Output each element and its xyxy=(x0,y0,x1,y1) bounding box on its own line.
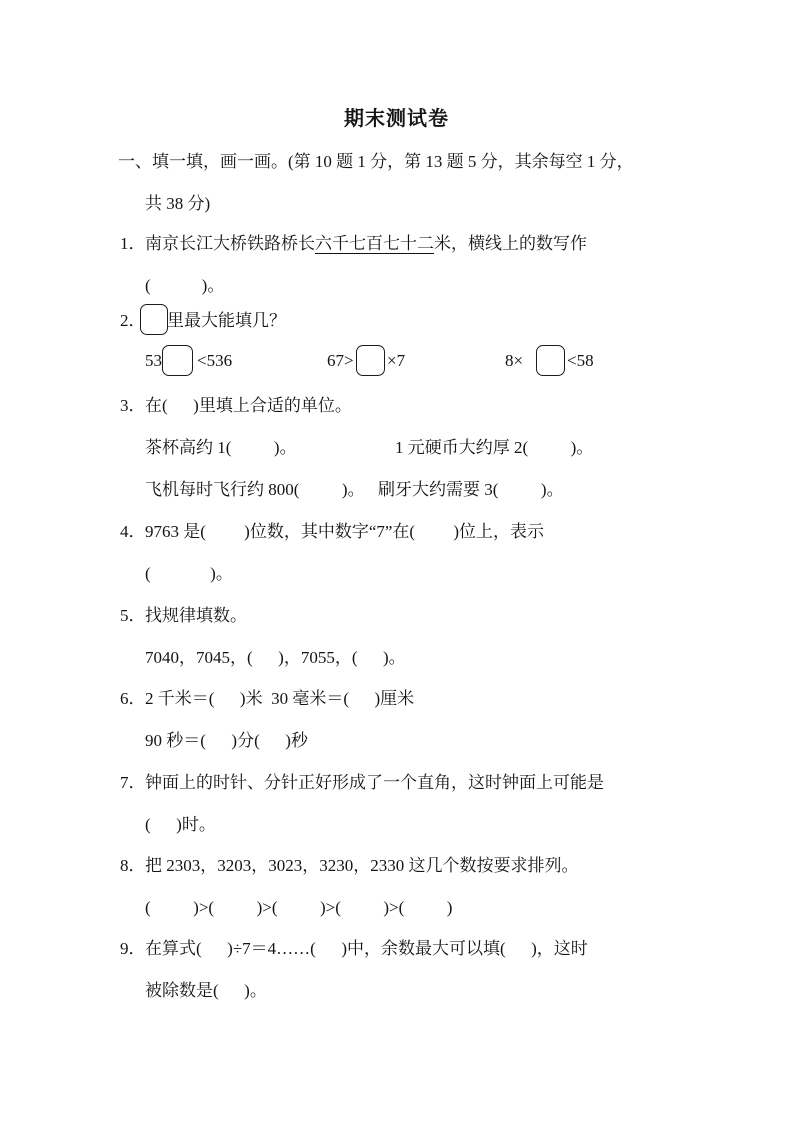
q1-text-pre: 南京长江大桥铁路桥长 xyxy=(145,234,315,253)
q3-item4: 刷牙大约需要 3( )。 xyxy=(378,478,564,502)
answer-box xyxy=(356,345,385,376)
q9-line2: 被除数是( )。 xyxy=(145,979,267,1003)
q6-number: 6． xyxy=(120,687,145,711)
q4-line1: 4．9763 是( )位数，其中数字“7”在( )位上，表示 xyxy=(120,520,544,544)
q6-line2: 90 秒＝( )分( )秒 xyxy=(145,729,308,753)
q2-expr3-pre: 8× xyxy=(505,349,523,373)
q3-item2: 1 元硬币大约厚 2( )。 xyxy=(395,436,593,460)
q3-item3: 飞机每时飞行约 800( )。 xyxy=(145,478,365,502)
section-heading-line2: 共 38 分) xyxy=(145,192,210,216)
q6-line1: 6．2 千米＝( )米 30 毫米＝( )厘米 xyxy=(120,687,414,711)
q6-text1: 2 千米＝( )米 30 毫米＝( )厘米 xyxy=(145,689,414,708)
q9-text: 在算式( )÷7＝4……( )中，余数最大可以填( )，这时 xyxy=(145,939,588,958)
q5-prompt: 找规律填数。 xyxy=(145,606,247,625)
q2-expr2-pre: 67> xyxy=(327,349,354,373)
q7-text: 钟面上的时针、分针正好形成了一个直角，这时钟面上可能是 xyxy=(145,773,604,792)
q8-number: 8． xyxy=(120,854,145,878)
q3-line1: 3．在( )里填上合适的单位。 xyxy=(120,394,352,418)
q2-expr1-post: <536 xyxy=(197,349,232,373)
q5-number: 5． xyxy=(120,604,145,628)
q8-line1: 8．把 2303，3203，3023，3230，2330 这几个数按要求排列。 xyxy=(120,854,579,878)
q2-expr1-pre: 53 xyxy=(145,349,162,373)
q9-line1: 9．在算式( )÷7＝4……( )中，余数最大可以填( )，这时 xyxy=(120,937,588,961)
q3-number: 3． xyxy=(120,394,145,418)
q3-prompt: 在( )里填上合适的单位。 xyxy=(145,396,352,415)
answer-box xyxy=(140,304,168,335)
section-heading-line1: 一、填一填，画一画。(第 10 题 1 分，第 13 题 5 分，其余每空 1 … xyxy=(118,150,634,174)
q1-line2-blank: ( )。 xyxy=(145,274,224,298)
q7-line1: 7．钟面上的时针、分针正好形成了一个直角，这时钟面上可能是 xyxy=(120,771,604,795)
q1-text-underlined: 六千七百七十二 xyxy=(315,234,434,253)
q1-number: 1． xyxy=(120,232,145,256)
answer-box xyxy=(536,345,565,376)
q8-line2-ordering: ( )>( )>( )>( )>( ) xyxy=(145,896,452,920)
q3-item1: 茶杯高约 1( )。 xyxy=(145,436,297,460)
q4-number: 4． xyxy=(120,520,145,544)
q4-line2-blank: ( )。 xyxy=(145,562,233,586)
q8-text: 把 2303，3203，3023，3230，2330 这几个数按要求排列。 xyxy=(145,856,579,875)
page-title: 期末测试卷 xyxy=(0,102,793,131)
answer-box xyxy=(162,345,193,376)
q5-line1: 5．找规律填数。 xyxy=(120,604,247,628)
q9-number: 9． xyxy=(120,937,145,961)
q4-text: 9763 是( )位数，其中数字“7”在( )位上，表示 xyxy=(145,522,544,541)
q2-expr2-post: ×7 xyxy=(387,349,405,373)
q7-line2-blank: ( )时。 xyxy=(145,813,216,837)
q2-expr3-post: <58 xyxy=(567,349,594,373)
q1-line1: 1．南京长江大桥铁路桥长六千七百七十二米，横线上的数写作 xyxy=(120,232,587,256)
q2-prompt: 里最大能填几？ xyxy=(167,311,286,330)
q3-line3: 飞机每时飞行约 800( )。 刷牙大约需要 3( )。 xyxy=(0,478,17,574)
q5-line2-sequence: 7040，7045，( )，7055，( )。 xyxy=(145,646,406,670)
test-paper-page: 期末测试卷 一、填一填，画一画。(第 10 题 1 分，第 13 题 5 分，其… xyxy=(0,0,793,1122)
q7-number: 7． xyxy=(120,771,145,795)
q1-text-post: 米，横线上的数写作 xyxy=(434,234,587,253)
